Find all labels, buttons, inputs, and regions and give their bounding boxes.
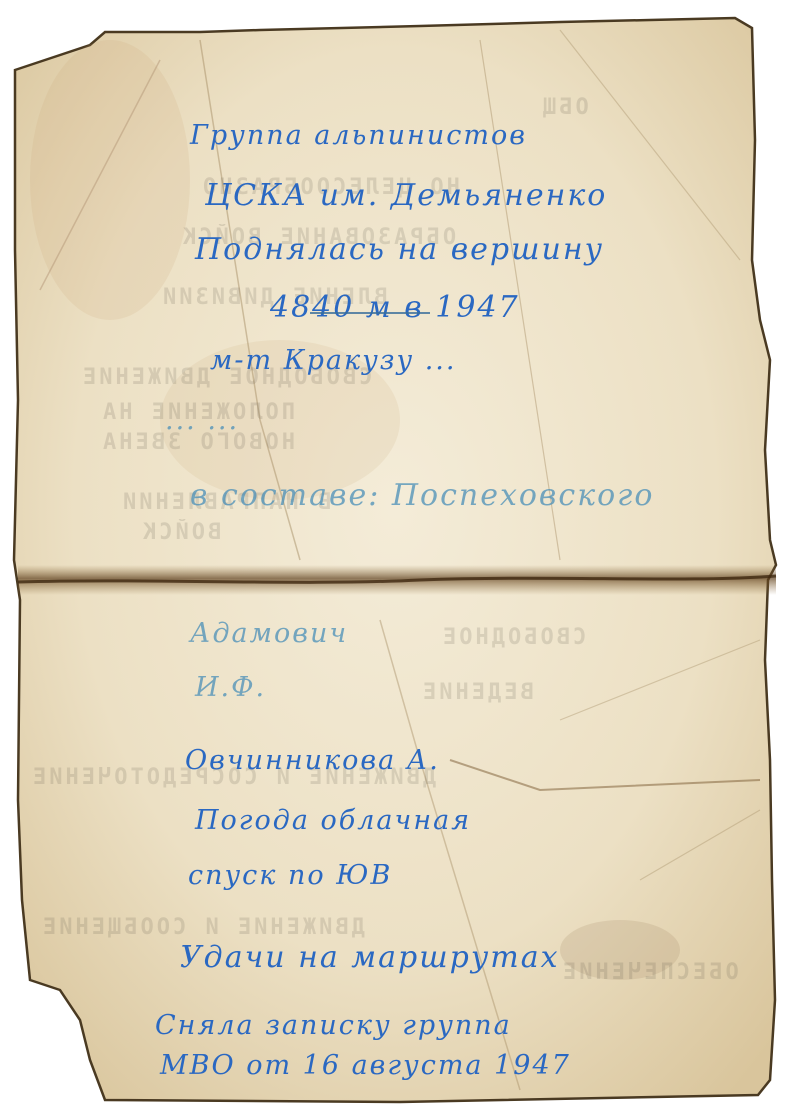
note-line: Группа альпинистов bbox=[190, 120, 527, 151]
note-line: ... ... bbox=[165, 405, 239, 436]
note-line: Удачи на маршрутах bbox=[180, 940, 560, 975]
note-line: спуск по ЮВ bbox=[188, 860, 392, 891]
note-line: Овчинникова А. bbox=[185, 745, 440, 776]
note-line: Сняла записку группа bbox=[155, 1010, 512, 1041]
note-line: Погода облачная bbox=[195, 805, 471, 836]
note-line: И.Ф. bbox=[195, 672, 266, 703]
note-line: Поднялась на вершину bbox=[195, 232, 604, 267]
note-line: в составе: Поспеховского bbox=[190, 478, 654, 513]
note-line: м-т Кракузу ... bbox=[210, 345, 456, 376]
note-line: МВО от 16 августа 1947 bbox=[160, 1050, 571, 1081]
note-line: Адамович bbox=[190, 618, 348, 649]
strikethrough bbox=[310, 312, 430, 314]
note-line: ЦСКА им. Демьяненко bbox=[205, 178, 607, 213]
note-line: 4840 м в 1947 bbox=[270, 290, 520, 325]
